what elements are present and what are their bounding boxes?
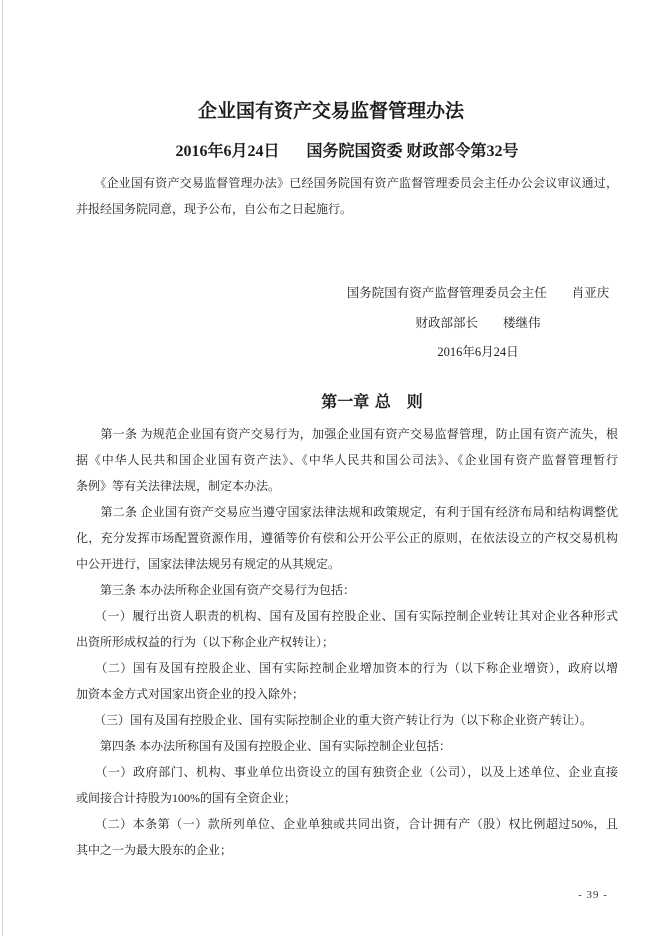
body-line: 第四条 本办法所称国有及国有控股企业、国有实际控制企业包括： (76, 733, 618, 759)
body-line: 其中之一为最大股东的企业； (76, 837, 618, 863)
body-line: 或间接合计持股为100%的国有全资企业； (76, 785, 618, 811)
body-line: 条例》等有关法律法规，制定本办法。 (76, 473, 618, 499)
body-line: （二）国有及国有控股企业、国有实际控制企业增加资本的行为（以下称企业增资），政府… (76, 655, 618, 681)
signature-chairman-line: 国务院国有资产监督管理委员会主任 肖亚庆 (340, 279, 616, 309)
body-line: （一）履行出资人职责的机构、国有及国有控股企业、国有实际控制企业转让其对企业各种… (76, 603, 618, 629)
body-line: （二）本条第（一）款所列单位、企业单独或共同出资，合计拥有产（股）权比例超过50… (76, 811, 618, 837)
body-line: 出资所形成权益的行为（以下称企业产权转让）； (76, 629, 618, 655)
document-title: 企业国有资产交易监督管理办法 (60, 96, 602, 123)
decree-dateline: 2016年6月24日国务院国资委 财政部令第32号 (76, 138, 618, 161)
body-line: 化，充分发挥市场配置资源作用，遵循等价有偿和公开公平公正的原则，在依法设立的产权… (76, 525, 618, 551)
body-line: 据《中华人民共和国企业国有资产法》、《中华人民共和国公司法》、《企业国有资产监督… (76, 447, 618, 473)
chapter-heading: 第一章 总 则 (101, 389, 643, 412)
intro-line: 《企业国有资产交易监督管理办法》已经国务院国有资产监督管理委员会主任办公会议审议… (76, 171, 618, 197)
body-line: （一）政府部门、机构、事业单位出资设立的国有独资企业（公司），以及上述单位、企业… (76, 759, 618, 785)
page-edge-line (2, 0, 3, 936)
signature-block: 国务院国有资产监督管理委员会主任 肖亚庆 财政部部长 楼继伟 2016年6月24… (340, 279, 616, 368)
issue-date: 2016年6月24日 (175, 143, 279, 160)
document-page: 企业国有资产交易监督管理办法 2016年6月24日国务院国资委 财政部令第32号… (0, 0, 671, 936)
body-line: 第一条 为规范企业国有资产交易行为，加强企业国有资产交易监督管理，防止国有资产流… (76, 421, 618, 447)
intro-paragraph: 《企业国有资产交易监督管理办法》已经国务院国有资产监督管理委员会主任办公会议审议… (76, 171, 618, 222)
intro-line: 并报经国务院同意，现予公布，自公布之日起施行。 (76, 197, 618, 223)
body-line: （三）国有及国有控股企业、国有实际控制企业的重大资产转让行为（以下称企业资产转让… (76, 707, 618, 733)
article-body: 第一条 为规范企业国有资产交易行为，加强企业国有资产交易监督管理，防止国有资产流… (76, 421, 618, 863)
body-line: 第二条 企业国有资产交易应当遵守国家法律法规和政策规定，有利于国有经济布局和结构… (76, 499, 618, 525)
decree-number: 国务院国资委 财政部令第32号 (307, 143, 519, 160)
body-line: 加资本金方式对国家出资企业的投入除外； (76, 681, 618, 707)
signature-minister-line: 财政部部长 楼继伟 (340, 309, 616, 339)
body-line: 第三条 本办法所称企业国有资产交易行为包括： (76, 577, 618, 603)
signature-date-line: 2016年6月24日 (340, 338, 616, 368)
body-line: 中公开进行，国家法律法规另有规定的从其规定。 (76, 551, 618, 577)
page-number: - 39 - (562, 889, 624, 901)
